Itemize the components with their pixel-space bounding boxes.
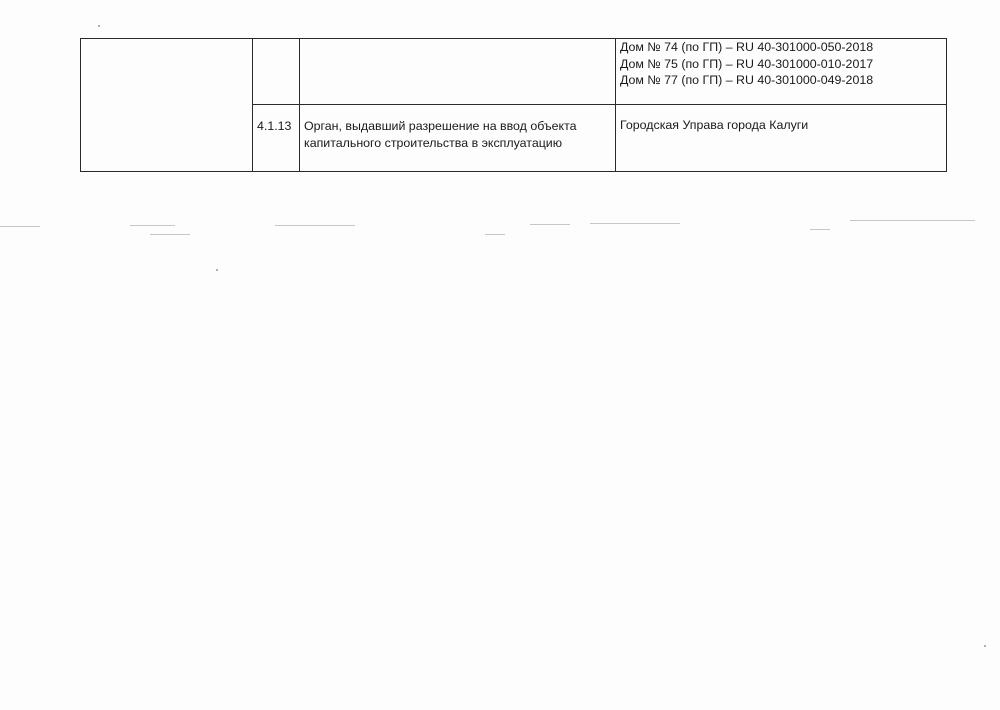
permits-list-cell: Дом № 74 (по ГП) – RU 40-301000-050-2018… [616, 39, 947, 105]
scan-speck [984, 645, 986, 647]
scan-artifact [850, 220, 975, 221]
scan-speck [216, 269, 218, 271]
number-cell-empty [253, 39, 300, 105]
item-number: 4.1.13 [253, 105, 300, 172]
permit-entry: Дом № 77 (по ГП) – RU 40-301000-049-2018 [620, 72, 942, 89]
scan-artifact [485, 234, 505, 235]
scanned-page: Дом № 74 (по ГП) – RU 40-301000-050-2018… [0, 0, 1000, 710]
scan-artifact [150, 234, 190, 235]
scan-speck [98, 25, 100, 27]
scan-artifact [275, 225, 355, 226]
item-label: Орган, выдавший разрешение на ввод объек… [300, 105, 616, 172]
item-value: Городская Управа города Калуги [616, 105, 947, 172]
scan-artifact [590, 223, 680, 224]
section-cell [81, 39, 253, 172]
document-table: Дом № 74 (по ГП) – RU 40-301000-050-2018… [80, 38, 947, 172]
scan-artifact [130, 225, 175, 226]
scan-artifact [0, 226, 40, 227]
permit-entry: Дом № 75 (по ГП) – RU 40-301000-010-2017 [620, 56, 942, 73]
permit-entry: Дом № 74 (по ГП) – RU 40-301000-050-2018 [620, 39, 942, 56]
scan-artifact [530, 224, 570, 225]
label-cell-empty [300, 39, 616, 105]
table-row: Дом № 74 (по ГП) – RU 40-301000-050-2018… [81, 39, 947, 105]
scan-artifact [810, 229, 830, 230]
